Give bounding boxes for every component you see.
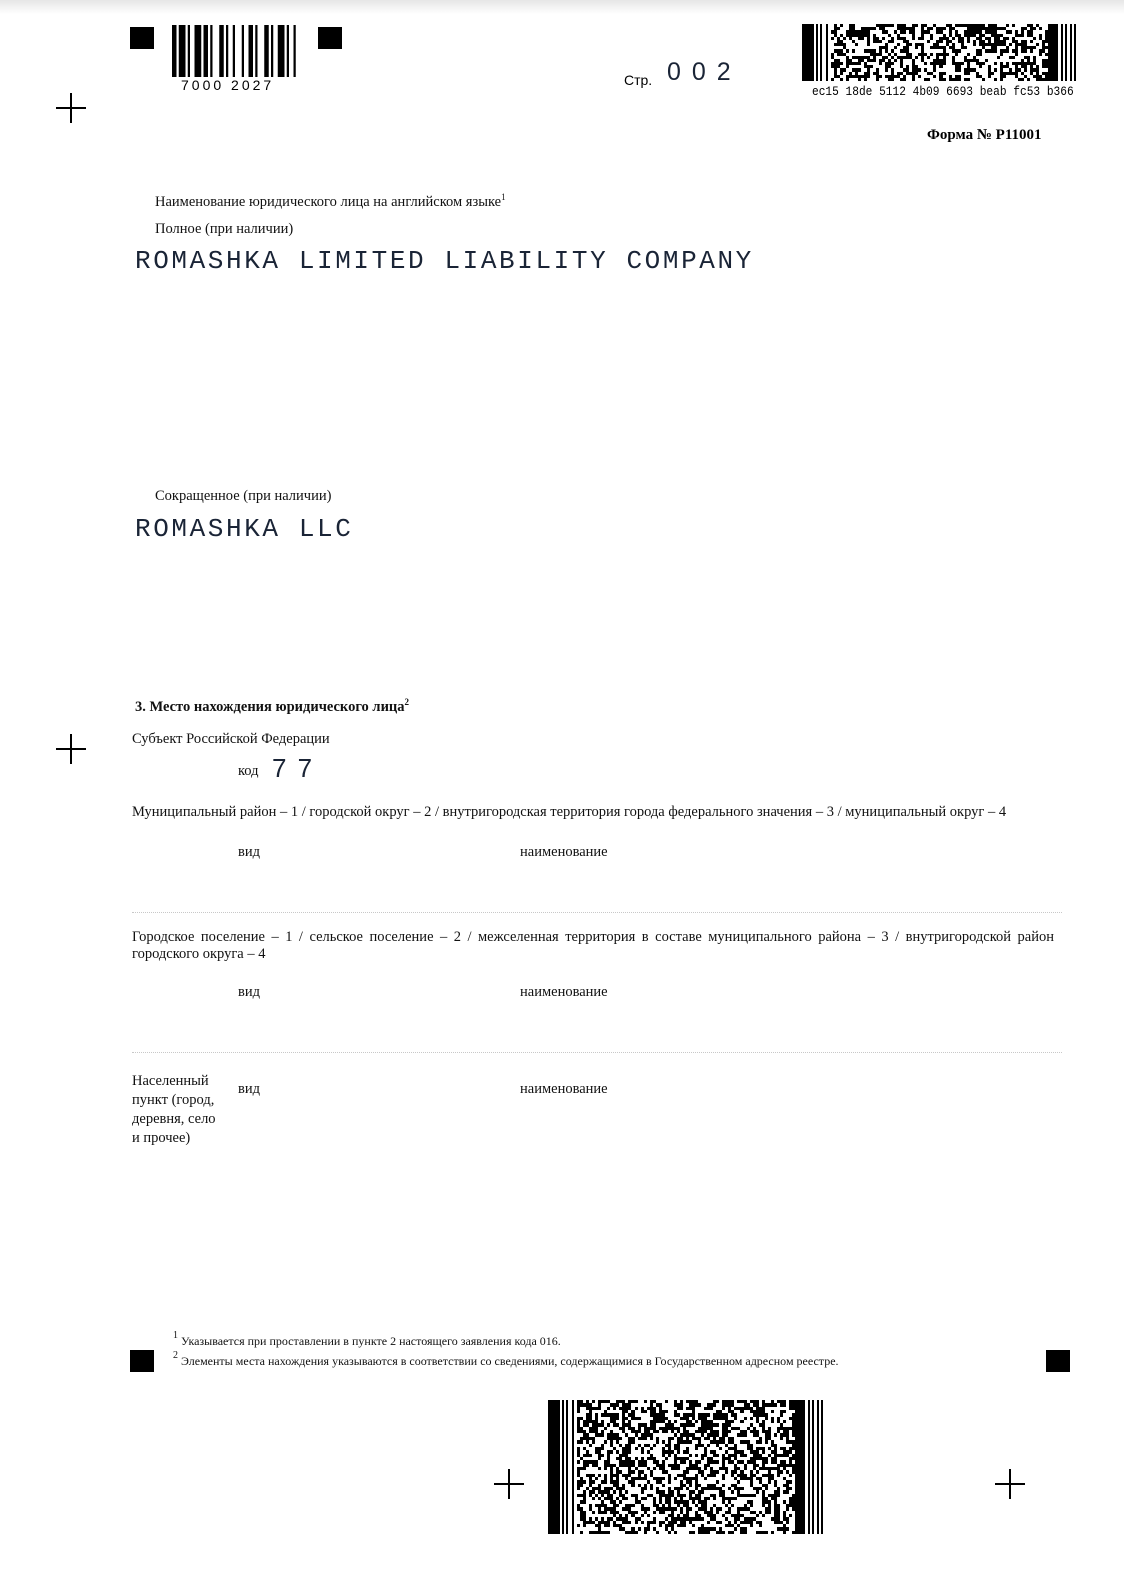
registration-mark-bottom-left [130, 1350, 154, 1372]
form-barcode [172, 25, 298, 77]
settlement-type-label: вид [238, 984, 260, 1001]
registration-mark-top-center [318, 27, 342, 49]
subject-label: Субъект Российской Федерации [132, 731, 330, 748]
crosshair-mark [995, 1469, 1025, 1499]
code-label: код [238, 763, 259, 780]
crosshair-mark [56, 93, 86, 123]
crosshair-mark [56, 734, 86, 764]
locality-label: Населенный пункт (город, деревня, село и… [132, 1072, 216, 1148]
locality-name-label: наименование [520, 1081, 608, 1098]
full-name-value: ROMASHKA LIMITED LIABILITY COMPANY [135, 246, 754, 276]
form-title: Форма № Р11001 [927, 127, 1042, 144]
settlement-label: Городское поселение – 1 / сельское посел… [132, 929, 1054, 963]
page-number-value: 0 0 2 [667, 58, 733, 87]
registration-mark-top-left [130, 27, 154, 49]
locality-label-line: и прочее) [132, 1129, 216, 1148]
location-section-title: 3. Место нахождения юридического лица2 [135, 697, 409, 716]
municipal-label: Муниципальный район – 1 / городской окру… [132, 804, 1006, 821]
locality-label-line: Населенный [132, 1072, 216, 1091]
region-code-value: 7 7 [272, 753, 314, 784]
dotted-divider [132, 912, 1062, 913]
form-barcode-number: 7000 2027 [181, 77, 274, 93]
municipal-type-label: вид [238, 844, 260, 861]
dotted-divider [132, 1052, 1062, 1053]
page-number-label: Стр. [624, 72, 652, 88]
crosshair-mark [494, 1469, 524, 1499]
full-name-label: Полное (при наличии) [155, 221, 293, 238]
short-name-label: Сокращенное (при наличии) [155, 488, 331, 505]
municipal-name-label: наименование [520, 844, 608, 861]
page-top-shadow [0, 0, 1124, 14]
english-name-section-label: Наименование юридического лица на англий… [155, 192, 506, 211]
registration-mark-bottom-right [1046, 1350, 1070, 1372]
locality-label-line: пункт (город, [132, 1091, 216, 1110]
document-hash: ec15 18de 5112 4b09 6693 beab fc53 b366 [812, 84, 1074, 99]
footnote-2: 2 Элементы места нахождения указываются … [173, 1352, 839, 1369]
locality-label-line: деревня, село [132, 1110, 216, 1129]
locality-type-label: вид [238, 1081, 260, 1098]
document-2d-barcode [802, 24, 1084, 81]
page-2d-barcode [548, 1400, 831, 1534]
settlement-name-label: наименование [520, 984, 608, 1001]
footnote-1: 1 Указывается при проставлении в пункте … [173, 1332, 561, 1349]
short-name-value: ROMASHKA LLC [135, 514, 353, 544]
